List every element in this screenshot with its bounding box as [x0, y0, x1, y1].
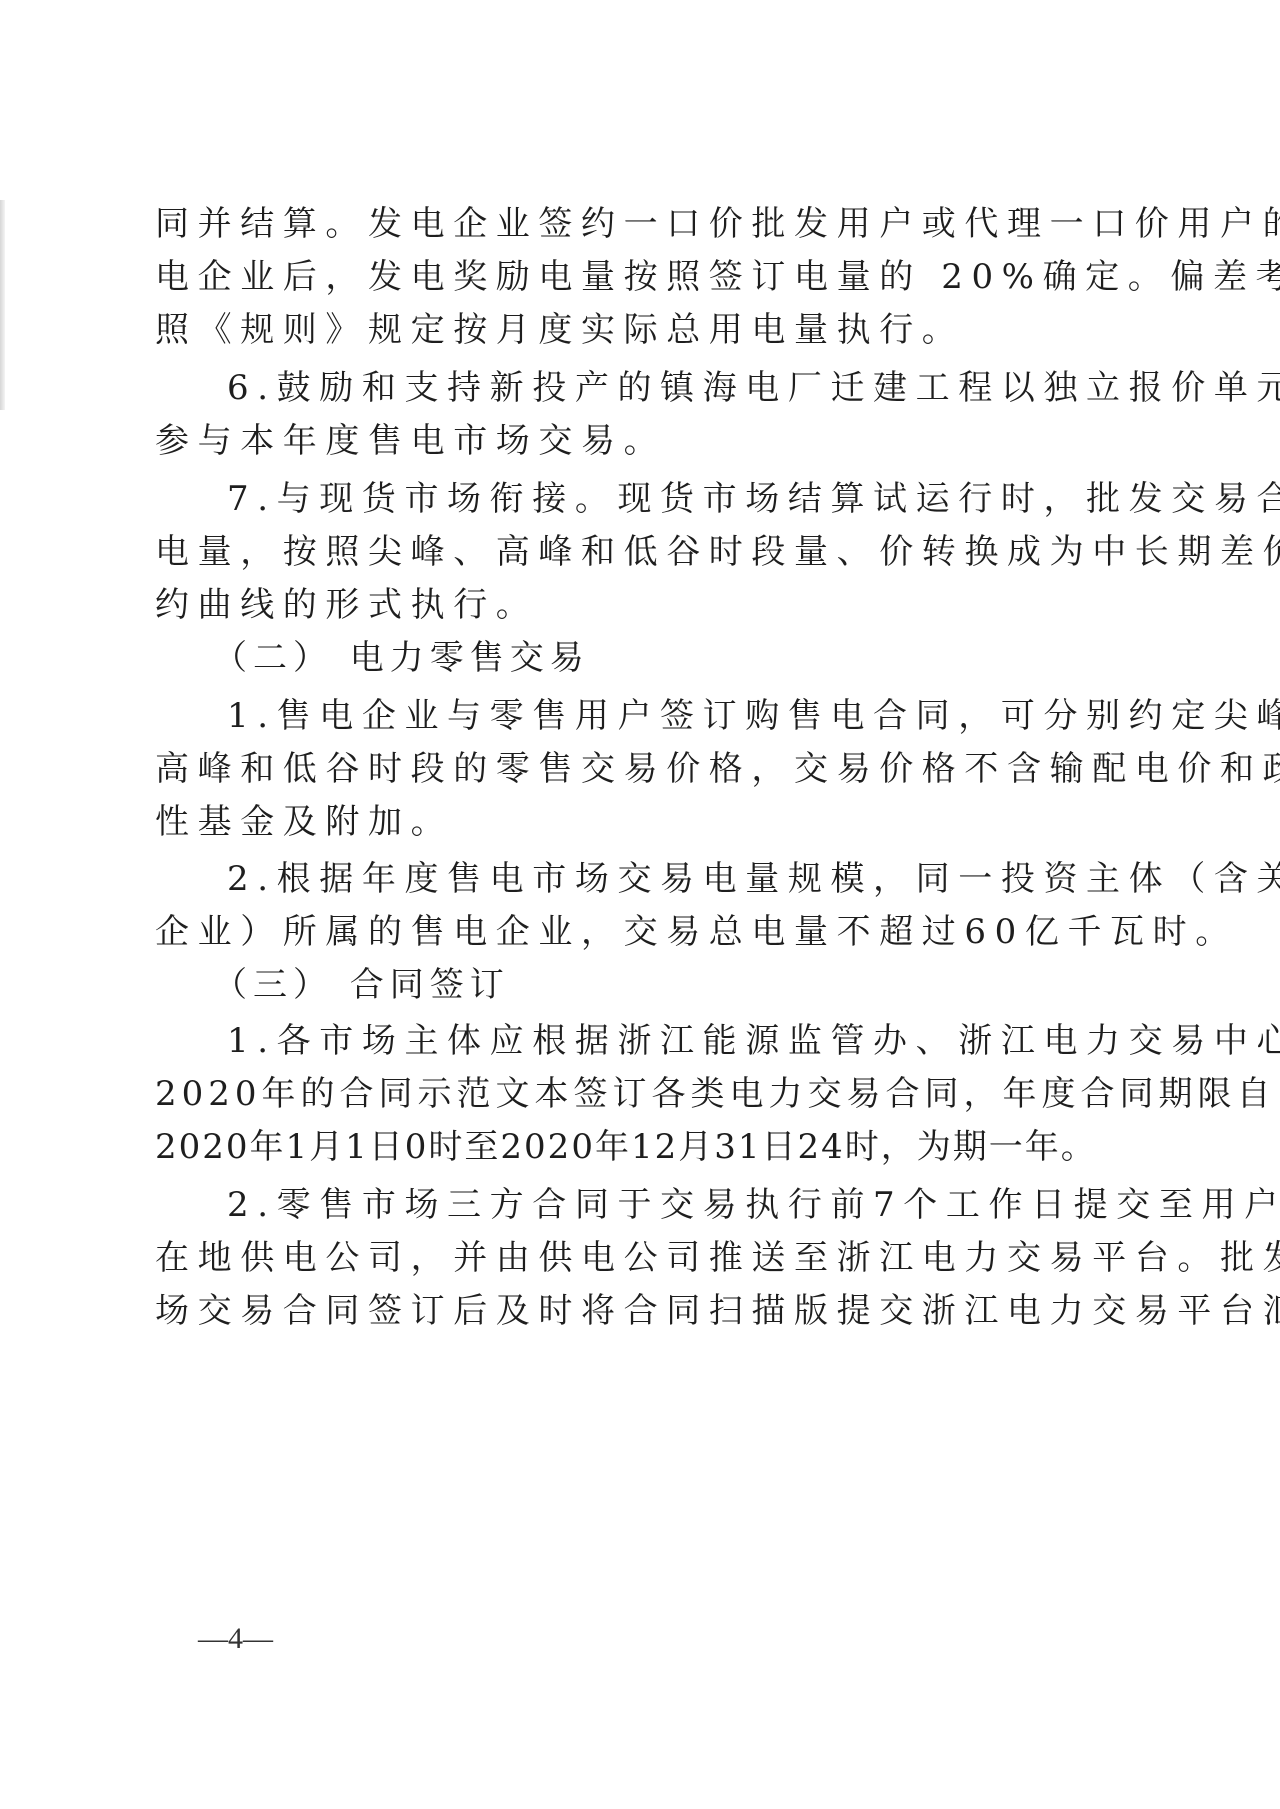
- paragraph-line: 电企业后，发电奖励电量按照签订电量的 20%确定。偏差考核参: [155, 257, 1115, 297]
- contract-item-2-line: 2.零售市场三方合同于交易执行前7个工作日提交至用户所: [227, 1185, 1115, 1225]
- contract-item-2-line: 在地供电公司，并由供电公司推送至浙江电力交易平台。批发市: [155, 1238, 1115, 1278]
- retail-item-1-line: 性基金及附加。: [155, 802, 1115, 842]
- item-6-line: 参与本年度售电市场交易。: [155, 421, 1115, 461]
- retail-item-2-line: 企业）所属的售电企业，交易总电量不超过60亿千瓦时。: [155, 912, 1115, 952]
- item-6-line: 6.鼓励和支持新投产的镇海电厂迁建工程以独立报价单元，: [227, 368, 1115, 408]
- contract-item-1-line: 1.各市场主体应根据浙江能源监管办、浙江电力交易中心: [227, 1021, 1115, 1061]
- section-heading-retail: （二） 电力零售交易: [213, 638, 1101, 678]
- contract-item-1-line: 2020年的合同示范文本签订各类电力交易合同，年度合同期限自: [155, 1074, 1115, 1114]
- contract-item-2-line: 场交易合同签订后及时将合同扫描版提交浙江电力交易平台汇总: [155, 1291, 1115, 1331]
- section-heading-contract: （三） 合同签订: [213, 965, 1101, 1005]
- page-number: —4—: [198, 1622, 273, 1656]
- scan-edge-artifact: [0, 200, 5, 410]
- paragraph-line: 照《规则》规定按月度实际总用电量执行。: [155, 310, 1115, 350]
- retail-item-1-line: 1.售电企业与零售用户签订购售电合同，可分别约定尖峰、: [227, 696, 1115, 736]
- contract-item-1-line: 2020年1月1日0时至2020年12月31日24时，为期一年。: [155, 1127, 1115, 1167]
- retail-item-2-line: 2.根据年度售电市场交易电量规模，同一投资主体（含关联: [227, 859, 1115, 899]
- paragraph-line: 同并结算。发电企业签约一口价批发用户或代理一口价用户的售: [155, 204, 1115, 244]
- retail-item-1-line: 高峰和低谷时段的零售交易价格，交易价格不含输配电价和政府: [155, 749, 1115, 789]
- item-7-line: 电量，按照尖峰、高峰和低谷时段量、价转换成为中长期差价合: [155, 532, 1115, 572]
- item-7-line: 7.与现货市场衔接。现货市场结算试运行时，批发交易合同: [227, 479, 1115, 519]
- item-7-line: 约曲线的形式执行。: [155, 585, 1115, 625]
